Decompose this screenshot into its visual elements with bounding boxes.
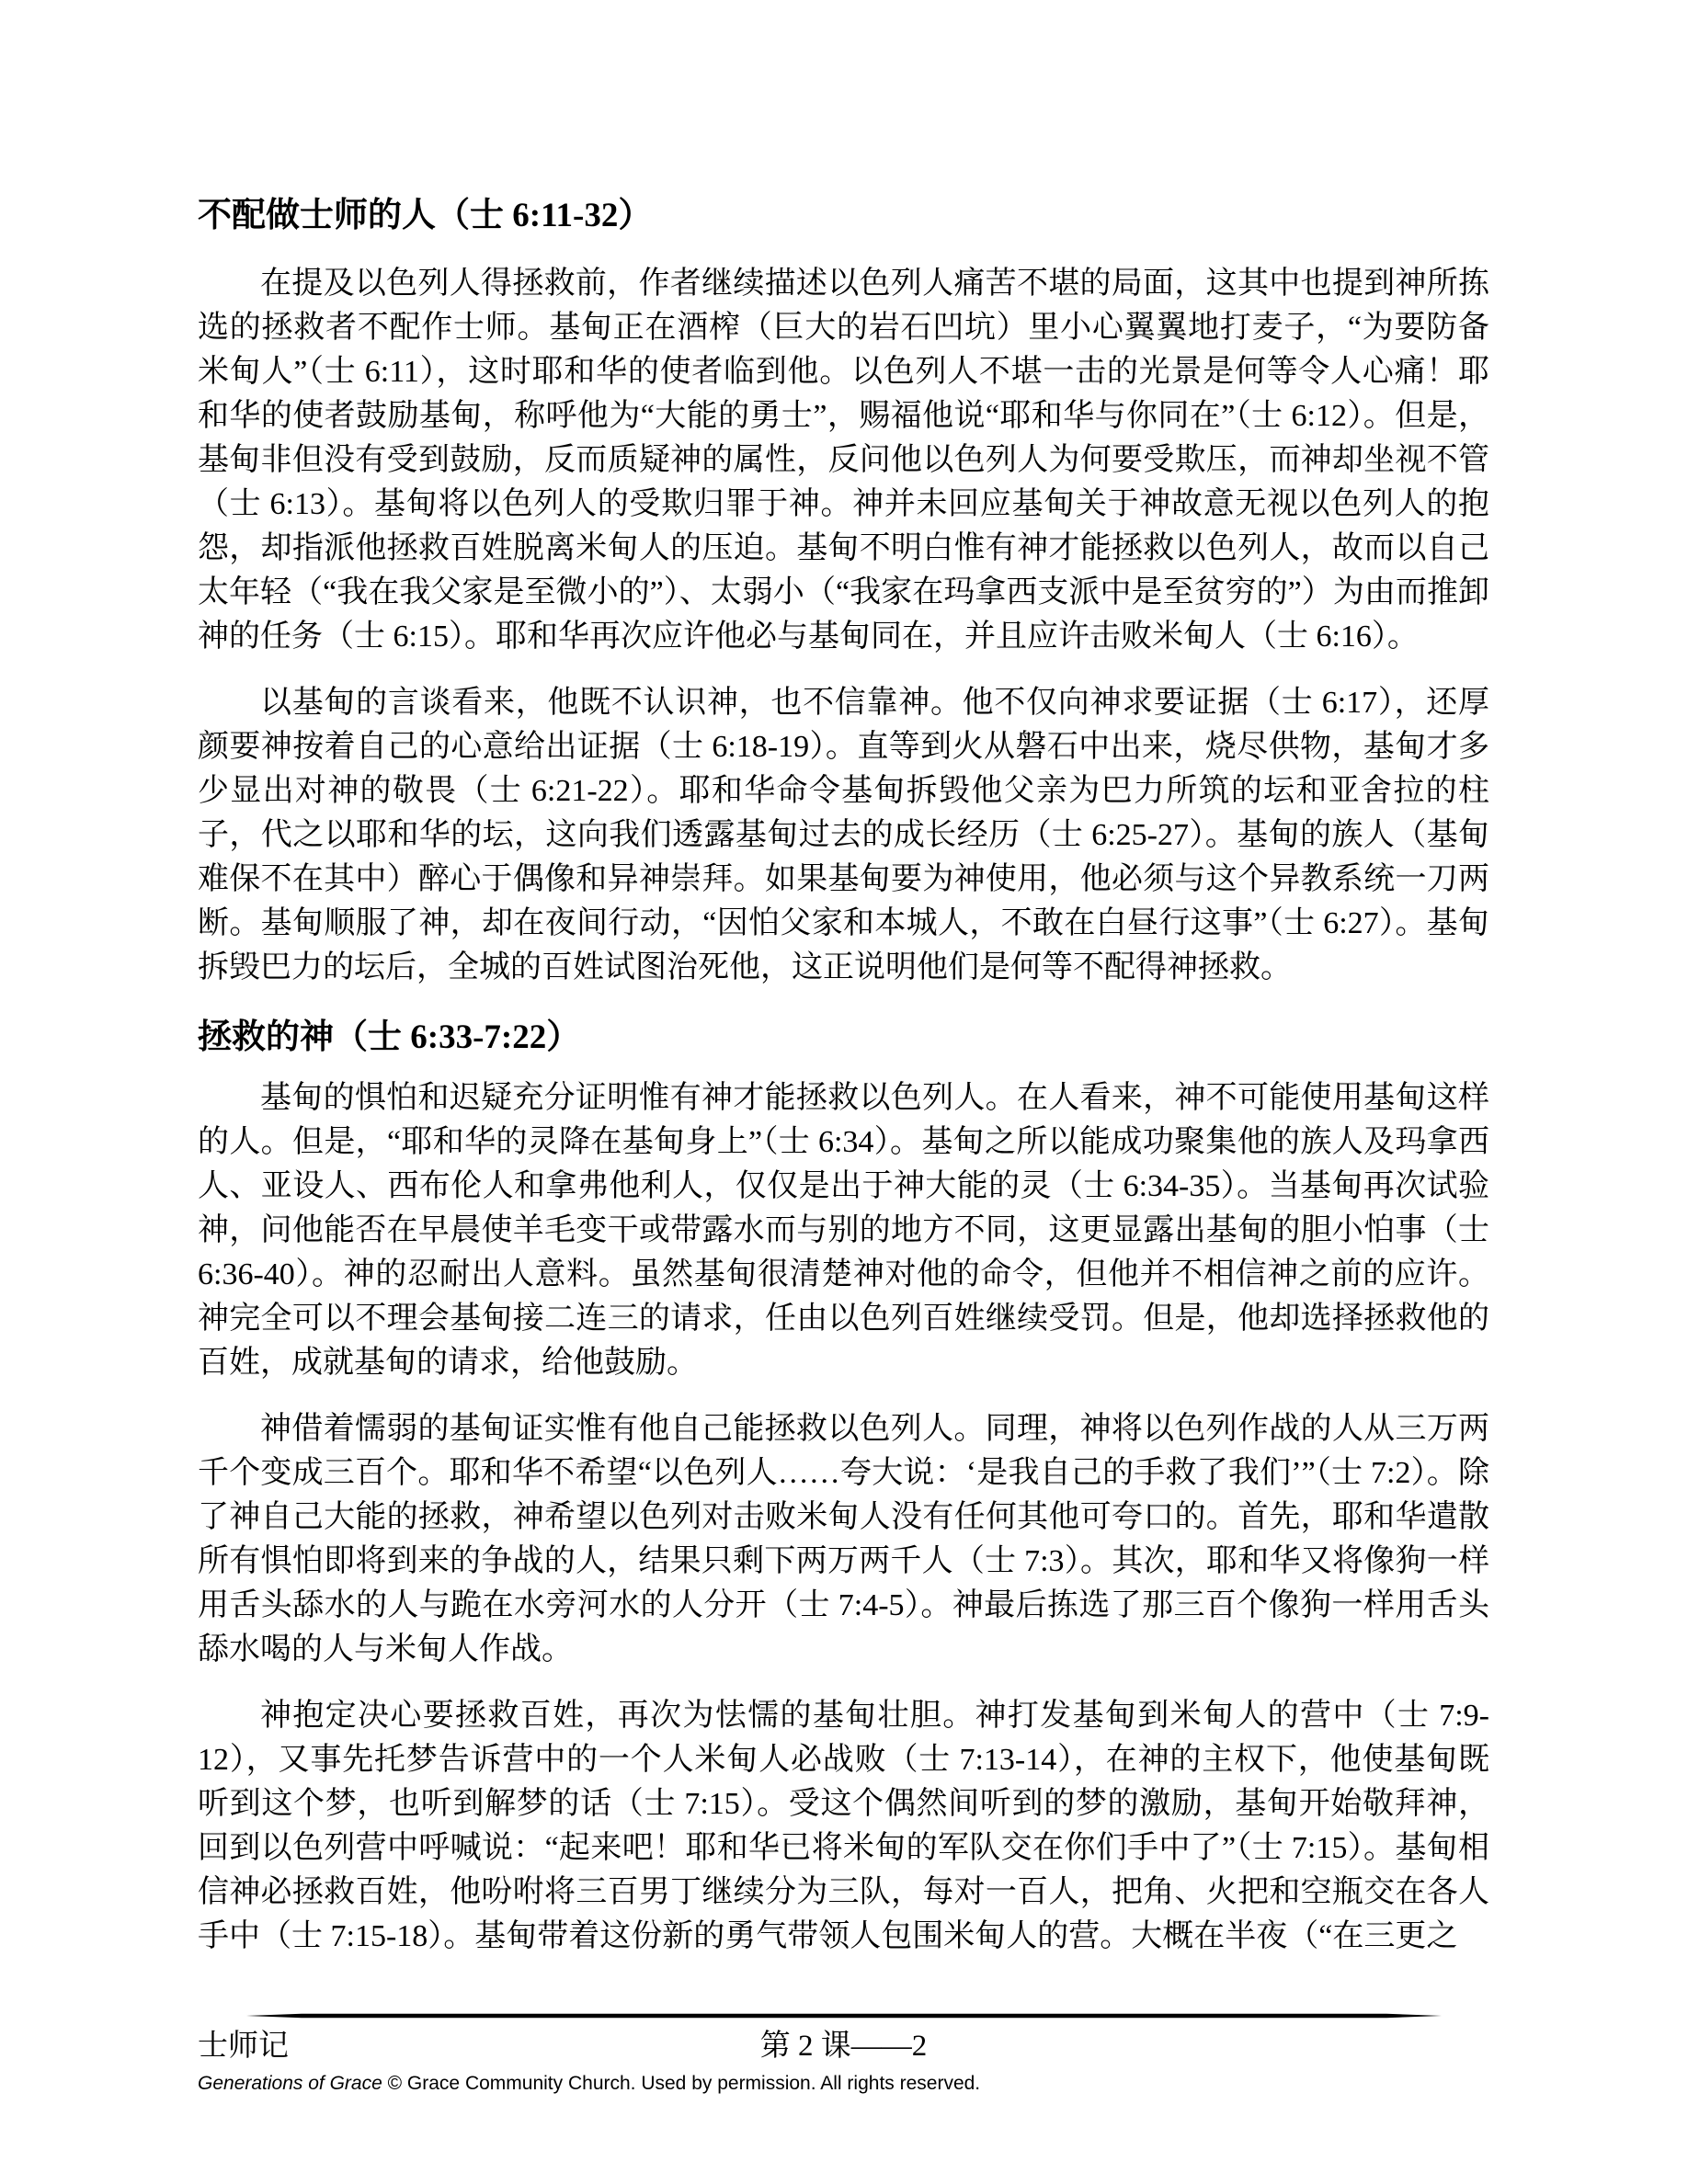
body-paragraph: 以基甸的言谈看来，他既不认识神，也不信靠神。他不仅向神求要证据（士 6:17），…	[198, 681, 1489, 990]
body-paragraph: 神借着懦弱的基甸证实惟有他自己能拯救以色列人。同理，神将以色列作战的人从三万两千…	[198, 1407, 1489, 1672]
page-footer: 士师记 第 2 课——2 Generations of Grace © Grac…	[198, 2013, 1489, 2096]
footer-row: 士师记 第 2 课——2	[198, 2027, 1489, 2065]
footer-page-label: 第 2 课——2	[198, 2027, 1489, 2065]
footer-copyright-text: © Grace Community Church. Used by permis…	[382, 2073, 980, 2094]
footer-divider	[246, 2013, 1442, 2019]
section-heading-unworthy-judge: 不配做士师的人（士 6:11-32）	[198, 196, 1489, 236]
body-paragraph: 基甸的惧怕和迟疑充分证明惟有神才能拯救以色列人。在人看来，神不可能使用基甸这样的…	[198, 1076, 1489, 1385]
section-heading-saving-god: 拯救的神（士 6:33-7:22）	[198, 1018, 1489, 1058]
document-page: 不配做士师的人（士 6:11-32） 在提及以色列人得拯救前，作者继续描述以色列…	[198, 196, 1489, 1959]
body-paragraph: 在提及以色列人得拯救前，作者继续描述以色列人痛苦不堪的局面，这其中也提到神所拣选…	[198, 262, 1489, 659]
footer-copyright-series-title: Generations of Grace	[198, 2073, 382, 2094]
footer-copyright: Generations of Grace © Grace Community C…	[198, 2072, 1489, 2096]
body-paragraph: 神抱定决心要拯救百姓，再次为怯懦的基甸壮胆。神打发基甸到米甸人的营中（士 7:9…	[198, 1694, 1489, 1959]
